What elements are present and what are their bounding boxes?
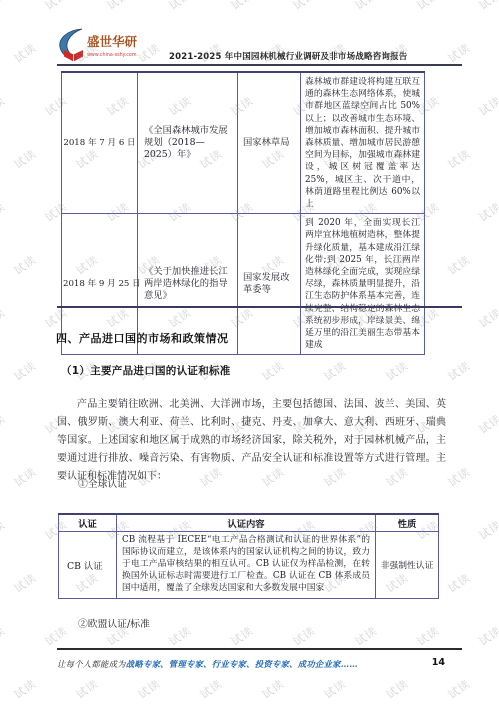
logo-graphic: 盛世华研 www.china-sshy.com (56, 27, 152, 67)
subsection-heading: （1）主要产品进口国的认证和标准 (61, 363, 231, 378)
footer-slogan: 让每个人都能成为战略专家、管理专家、行业专家、投资专家、成功企业家…… (57, 658, 358, 670)
policy-content: 森林城市群建设将构建互联互通的森林生态网络体系，使城市群地区蓝绿空间占比 50%… (301, 72, 425, 214)
footer-slogan-highlight: 战略专家、管理专家、行业专家、投资专家、成功企业家…… (126, 659, 358, 669)
col-header-cert: 认证 (59, 514, 117, 532)
footer-divider (57, 648, 462, 650)
section-heading: 四、产品进口国的市场和政策情况 (56, 330, 229, 346)
header-divider (57, 64, 462, 66)
col-header-nature: 性质 (376, 514, 439, 532)
footer-slogan-prefix: 让每个人都能成为 (57, 659, 126, 669)
list-item-eu-cert: ②欧盟认证/标准 (78, 616, 150, 630)
col-header-content: 认证内容 (117, 514, 376, 532)
policy-issuer: 国家发展改革委等 (238, 214, 301, 355)
page-number: 14 (432, 657, 445, 668)
cert-nature: 非强制性认证 (376, 532, 439, 599)
table-row: 2018 年 7 月 6 日 《全国森林城市发展规划（2018—2025）年》 … (62, 72, 425, 214)
policy-date: 2018 年 7 月 6 日 (62, 72, 138, 214)
table-row: CB 认证 CB 流程基于 IECEE“电工产品合格测试和认证的世界体系”的国际… (59, 532, 439, 599)
cert-name: CB 认证 (59, 532, 117, 599)
certification-table: 认证 认证内容 性质 CB 认证 CB 流程基于 IECEE“电工产品合格测试和… (58, 513, 439, 599)
brand-name: 盛世华研 (87, 34, 138, 49)
policy-content: 到 2020 年，全面实现长江两岸宜林地植树造林，整体提升绿化质量，基本建成沿江… (301, 214, 425, 355)
cert-content: CB 流程基于 IECEE“电工产品合格测试和认证的世界体系”的国际协议而建立，… (117, 532, 376, 599)
table-header-row: 认证 认证内容 性质 (59, 514, 439, 532)
report-title: 2021-2025 年中国园林机械行业调研及非市场战略咨询报告 (169, 50, 408, 62)
list-item-global-cert: ①全球认证 (78, 476, 127, 490)
policy-name: 《全国森林城市发展规划（2018—2025）年》 (138, 72, 238, 214)
policy-issuer: 国家林草局 (238, 72, 301, 214)
company-logo: 盛世华研 www.china-sshy.com (56, 27, 152, 67)
document-page: 盛世华研 www.china-sshy.com 2021-2025 年中国园林机… (0, 0, 499, 706)
policy-table: 2018 年 7 月 6 日 《全国森林城市发展规划（2018—2025）年》 … (61, 71, 425, 355)
table-bottom-rule (57, 306, 462, 308)
brand-url: www.china-sshy.com (87, 52, 137, 58)
body-paragraph: 产品主要销往欧洲、北美洲、大洋洲市场，主要包括德国、法国、波兰、美国、英国、俄罗… (57, 396, 446, 486)
